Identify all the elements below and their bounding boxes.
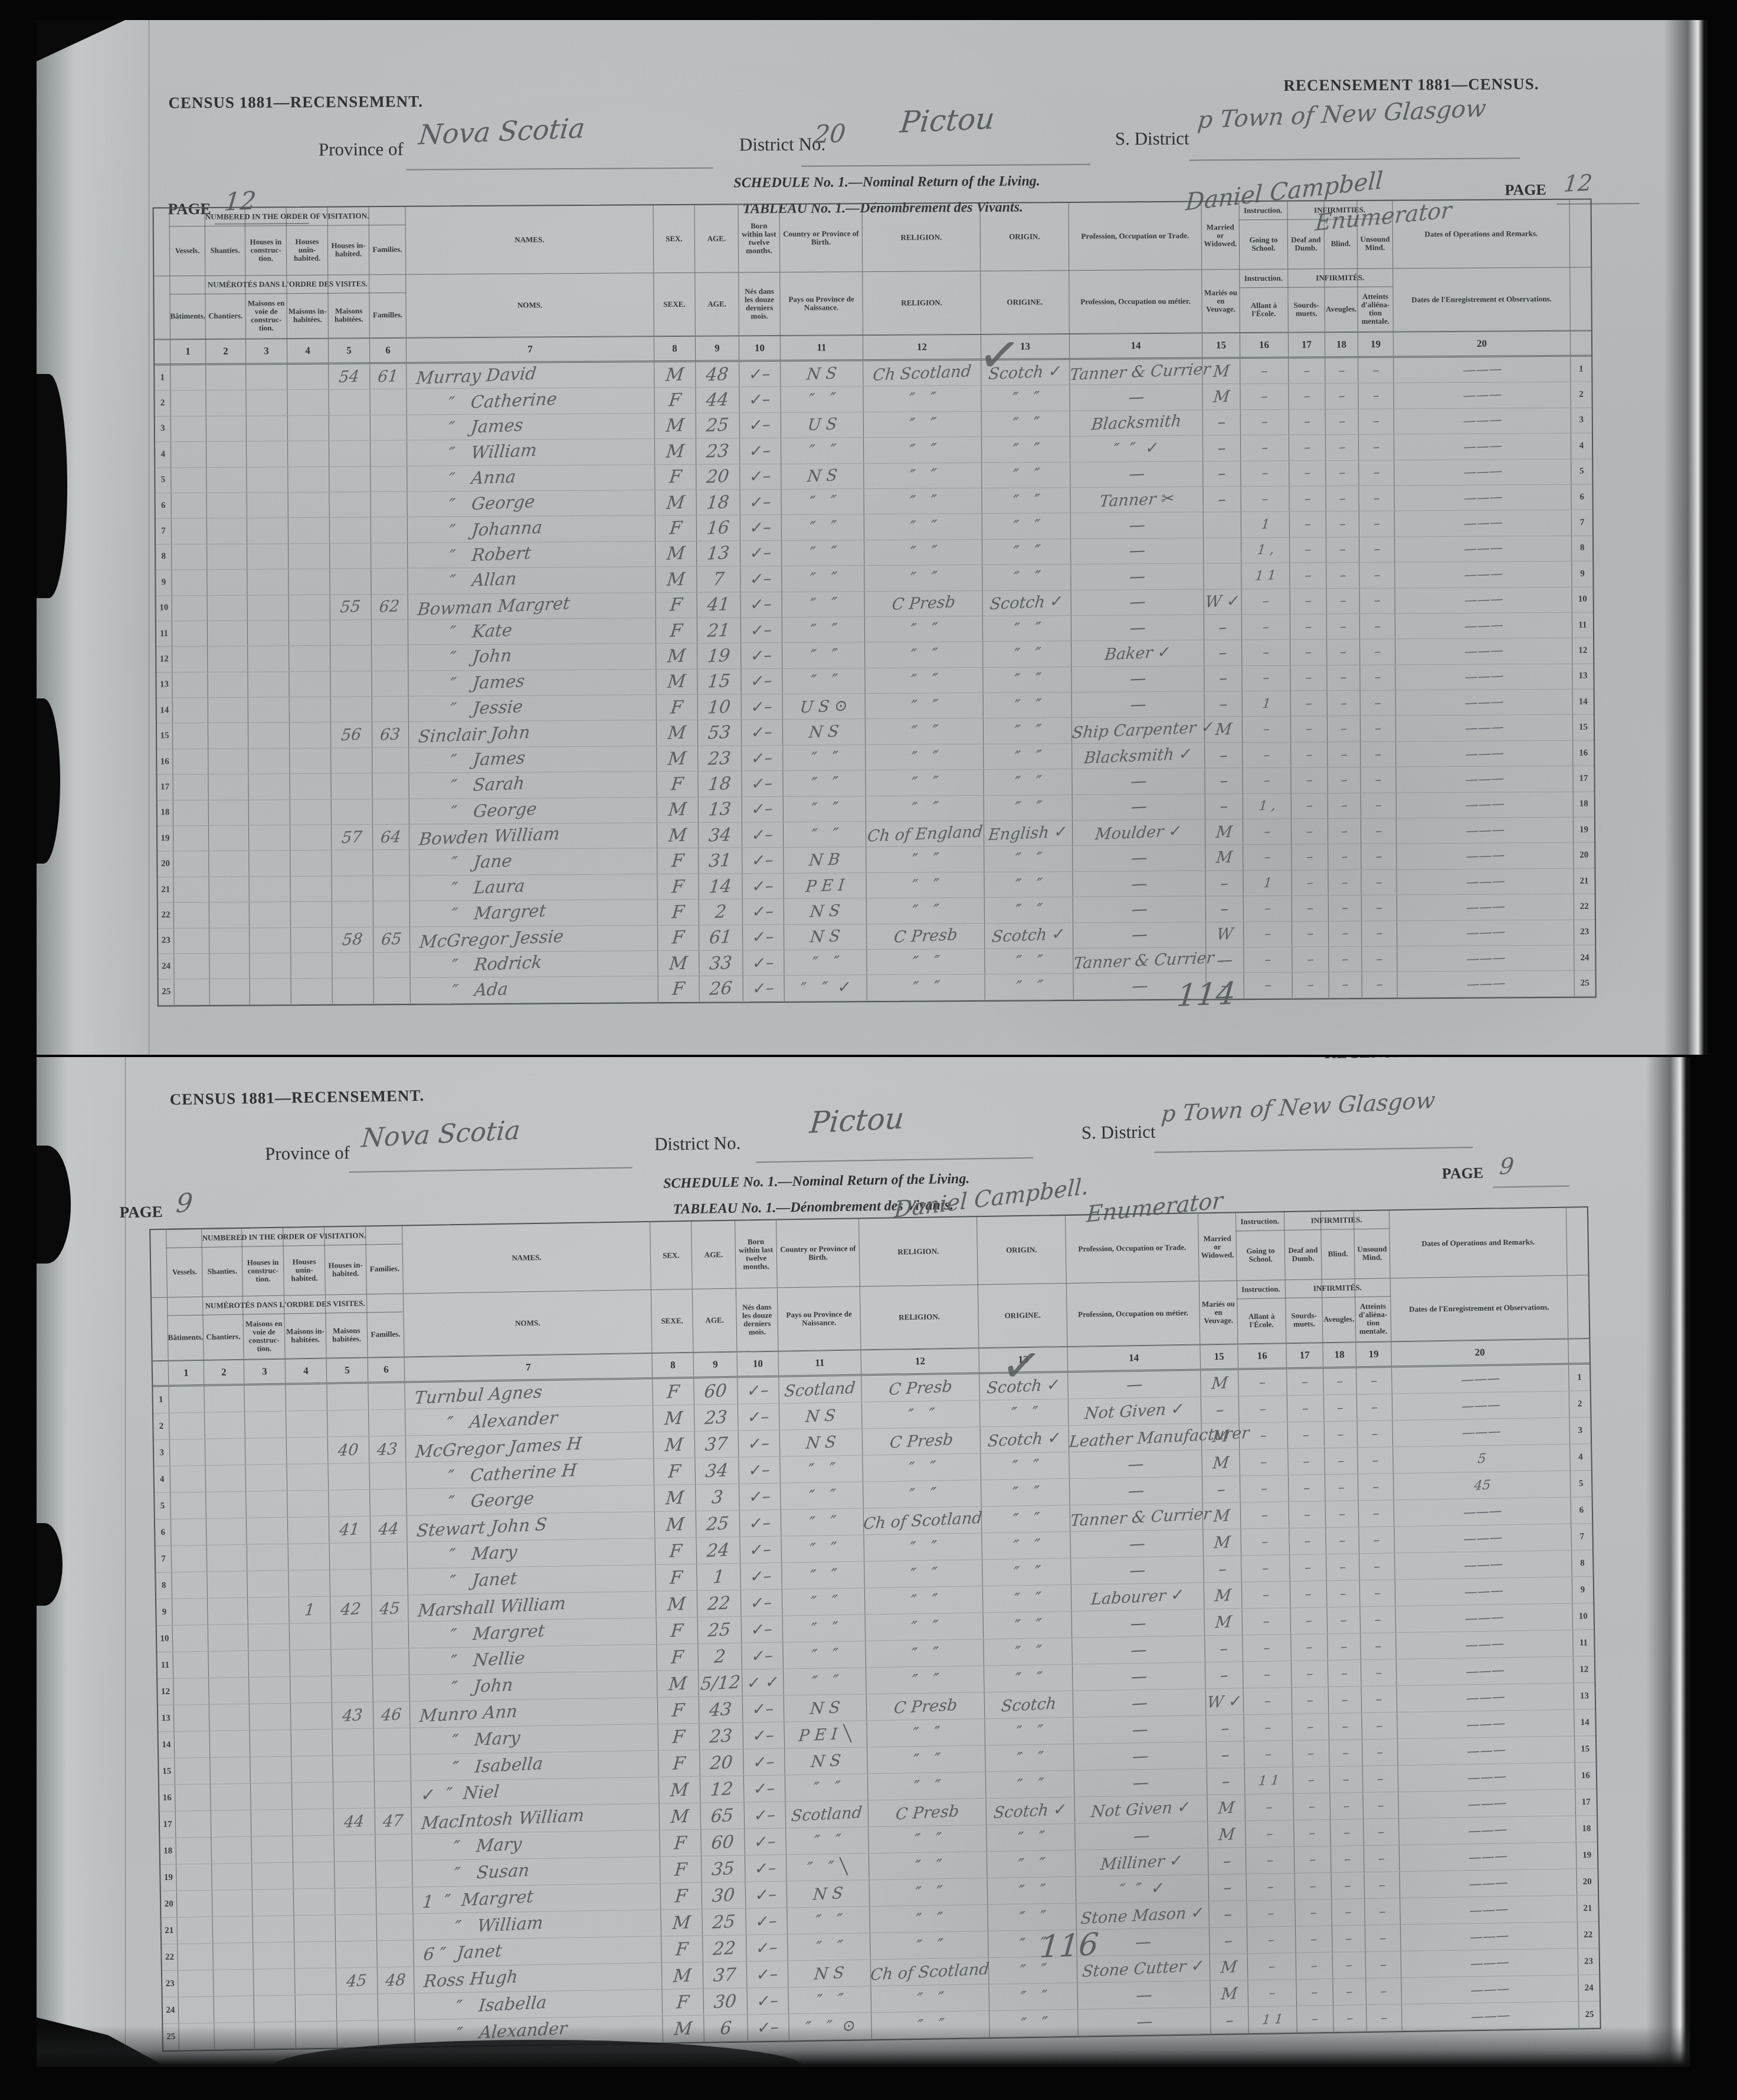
handwritten-entry: ——— — [1464, 1610, 1504, 1626]
cell-school: – — [1240, 359, 1288, 384]
handwritten-entry: ″ ″ — [910, 722, 939, 741]
handwritten-entry: ——— — [1464, 746, 1505, 762]
handwritten-entry: F — [666, 1381, 680, 1402]
cell-profession: — — [1073, 897, 1205, 923]
cell-families — [375, 1861, 412, 1887]
handwritten-entry: – — [1262, 1587, 1270, 1603]
col-label-deaf-fr: Sourds-muets. — [1286, 1310, 1322, 1330]
handwritten-entry: – — [1261, 466, 1269, 481]
cell-remarks: ——— — [1395, 1577, 1572, 1606]
cell-deaf: – — [1293, 1767, 1330, 1793]
cell-remarks: ——— — [1395, 715, 1572, 741]
cell-families: 61 — [369, 364, 406, 389]
handwritten-entry: ——— — [1469, 1928, 1509, 1945]
col-header-remarks: Dates of Operations and Remarks. — [1392, 200, 1570, 268]
cell-houses-uninhabited — [288, 518, 329, 543]
col-header-married: Mariés ou en Veuvage. — [1199, 1281, 1238, 1344]
page-no-left: 9 — [175, 1188, 194, 1219]
handwritten-entry: ——— — [1463, 643, 1503, 659]
cell-houses-inhabited — [329, 569, 371, 594]
cell-sex: F — [653, 1458, 695, 1485]
cell-deaf: – — [1287, 1395, 1324, 1422]
row-number-left: 5 — [155, 1493, 171, 1519]
handwritten-entry: ″ ″ — [1012, 1589, 1041, 1609]
handwritten-entry: – — [1220, 1719, 1230, 1738]
handwritten-entry: ——— — [1467, 1796, 1507, 1812]
handwritten-entry: ″ ″ ✓ — [1119, 1878, 1166, 1899]
cell-remarks: ——— — [1396, 869, 1573, 895]
cell-houses-construction — [252, 1916, 294, 1942]
handwritten-entry: — — [1130, 1667, 1148, 1686]
cell-houses-construction — [254, 1996, 296, 2022]
cell-houses-construction — [251, 1836, 293, 1863]
handwritten-entry: ″ Susan — [412, 1860, 530, 1886]
handwritten-entry: — — [1127, 1481, 1145, 1501]
row-number-right: 14 — [1572, 690, 1594, 715]
cell-vessels — [168, 1386, 204, 1413]
cell-married: – — [1205, 1715, 1244, 1741]
cell-school: – — [1242, 1635, 1291, 1661]
handwritten-entry: Blacksmith ✓ — [1083, 744, 1194, 767]
handwritten-entry: ✓– — [752, 953, 775, 973]
cell-names: ″ Margret — [409, 900, 657, 926]
col-label-unsound-mind-en: Unsound Mind. — [1358, 234, 1392, 253]
handwritten-entry: F — [674, 1859, 688, 1880]
cell-profession: Not Given ✓ — [1074, 1795, 1207, 1823]
row-number-right: 21 — [1573, 868, 1594, 894]
cell-blind: – — [1323, 1368, 1356, 1394]
row-number-right: 20 — [1573, 843, 1594, 868]
cell-married: W ✓ — [1205, 1688, 1244, 1715]
cell-school: – — [1241, 1608, 1290, 1635]
handwritten-entry: 63 — [379, 725, 401, 744]
cell-remarks: ——— — [1394, 1524, 1571, 1553]
cell-age: 25 — [696, 1511, 740, 1537]
handwritten-entry: ″ Sarah — [408, 773, 526, 798]
handwritten-entry: — — [1129, 695, 1147, 714]
cell-families — [369, 1463, 406, 1489]
cell-names: ″ Jane — [409, 849, 657, 875]
cell-origin: ″ ″ — [982, 513, 1070, 539]
handwritten-entry: ″ ″ — [1014, 772, 1043, 792]
cell-unsound-mind: – — [1361, 1712, 1397, 1739]
cell-families — [373, 901, 409, 927]
cell-birthplace: N S — [780, 361, 863, 386]
cell-age: 2 — [699, 900, 742, 925]
cell-profession: — — [1071, 615, 1204, 641]
cell-age: 44 — [695, 388, 739, 413]
handwritten-entry: – — [1306, 875, 1313, 891]
cell-houses-inhabited — [327, 1410, 369, 1437]
cell-vessels — [171, 570, 207, 595]
cell-vessels — [178, 1997, 214, 2023]
cell-vessels — [170, 1492, 206, 1519]
cell-age: 23 — [697, 746, 741, 771]
cell-vessels — [172, 647, 207, 672]
handwritten-entry: – — [1260, 1428, 1267, 1443]
cell-born-last-year: ✓– — [740, 618, 782, 643]
handwritten-entry: ″ Margret — [409, 901, 547, 927]
cell-unsound-mind: – — [1359, 1580, 1395, 1606]
handwritten-entry: N S — [806, 364, 838, 383]
cell-houses-construction — [249, 928, 290, 953]
cell-profession: Stone Mason ✓ — [1076, 1901, 1209, 1930]
cell-birthplace: N B — [783, 847, 866, 872]
cell-shanties — [211, 1863, 252, 1890]
handwritten-entry: ——— — [1469, 1902, 1509, 1918]
cell-blind: – — [1330, 1846, 1364, 1872]
cell-birthplace: ″ ″ — [781, 540, 864, 566]
row-number-left: 15 — [159, 1758, 175, 1784]
col-label-age-en: AGE. — [703, 1249, 725, 1261]
cell-unsound-mind: – — [1361, 1659, 1397, 1686]
cell-sex: M — [655, 542, 696, 567]
cell-deaf: – — [1293, 1820, 1330, 1846]
cell-families — [372, 773, 408, 799]
cell-shanties — [207, 1598, 248, 1625]
row-number-left: 17 — [160, 1812, 176, 1837]
cell-age: 33 — [699, 950, 742, 976]
col-number-text: 2 — [221, 1366, 227, 1378]
cell-names: ″ Isabella — [410, 1751, 658, 1781]
row-number-right: 5 — [1571, 459, 1592, 484]
col-header-age: AGE. — [692, 1289, 737, 1352]
col-label-names-en: NAMES. — [510, 1252, 542, 1264]
col-number-families: 6 — [369, 339, 406, 362]
cell-age: 19 — [697, 644, 740, 669]
cell-blind: – — [1326, 537, 1359, 563]
cell-origin: ″ ″ — [987, 1877, 1076, 1904]
row-number-left: 16 — [157, 749, 172, 775]
cell-houses-construction — [247, 672, 289, 697]
cell-profession: — — [1071, 666, 1204, 692]
col-label-profession-fr: Profession, Occupation ou métier. — [1077, 1308, 1189, 1320]
cell-vessels — [175, 1811, 211, 1837]
province-label: Province of — [265, 1142, 350, 1164]
handwritten-entry: — — [1128, 542, 1146, 560]
cell-houses-uninhabited — [291, 1783, 333, 1809]
cell-houses-uninhabited — [290, 927, 332, 953]
handwritten-entry: 25 — [712, 1911, 736, 1933]
handwritten-entry: Ross Hugh — [414, 1967, 519, 1992]
handwritten-entry: ✓– — [751, 825, 774, 845]
cell-school: – — [1239, 1449, 1288, 1475]
cell-age: 22 — [702, 1935, 746, 1962]
handwritten-entry: ✓– — [748, 390, 771, 409]
cell-remarks: ——— — [1398, 1763, 1575, 1792]
row-number-left: 13 — [156, 672, 172, 698]
handwritten-entry: – — [1377, 1771, 1384, 1787]
cell-blind: – — [1325, 383, 1358, 409]
handwritten-entry: ″ ″ — [1017, 1881, 1046, 1901]
cell-age: 20 — [699, 1750, 743, 1776]
handwritten-entry: ——— — [1462, 362, 1502, 378]
cell-born-last-year: ✓– — [737, 1377, 779, 1404]
cell-remarks: ——— — [1394, 536, 1571, 562]
cell-birthplace: N S — [782, 720, 865, 745]
row-number-right: 24 — [1578, 1975, 1600, 2001]
handwritten-entry: – — [1374, 1586, 1381, 1601]
handwritten-entry: ″ ″ — [1014, 875, 1043, 894]
cell-houses-construction — [245, 365, 287, 390]
handwritten-entry: ″ ″ — [1011, 1509, 1040, 1529]
handwritten-entry: – — [1259, 1402, 1267, 1417]
col-label-married-en: Married or Widowed. — [1198, 1233, 1236, 1261]
handwritten-entry: ″ ″ — [1013, 1615, 1042, 1635]
cell-origin: ″ ″ — [983, 718, 1071, 743]
cell-vessels — [176, 1917, 212, 1944]
cell-houses-construction — [248, 1651, 290, 1677]
cell-deaf: – — [1291, 819, 1328, 844]
cell-houses-inhabited: 54 — [328, 364, 369, 389]
col-number-text: 1 — [185, 346, 191, 357]
cell-religion: ″ ″ — [869, 1878, 988, 1906]
cell-age: 60 — [700, 1829, 745, 1856]
handwritten-entry: ✓ ″ Niel — [411, 1781, 500, 1806]
cell-birthplace: ″ ″ — [781, 566, 864, 591]
cell-shanties — [207, 570, 247, 595]
cell-shanties — [205, 1465, 245, 1492]
handwritten-entry: ✓– — [748, 1461, 771, 1480]
handwritten-entry: F — [674, 1885, 689, 1907]
cell-houses-construction — [247, 595, 289, 621]
col-header-born-last-year: Born within last twelve months. — [738, 205, 780, 272]
cell-school: – — [1239, 1422, 1288, 1449]
handwritten-entry: F — [668, 1540, 683, 1561]
cell-vessels — [172, 621, 207, 647]
cell-unsound-mind: – — [1365, 1925, 1401, 1951]
cell-houses-uninhabited — [288, 569, 329, 595]
col-header-profession: Profession, Occupation or Trade. — [1069, 202, 1202, 270]
cell-houses-inhabited — [332, 979, 373, 1004]
cell-deaf: – — [1290, 691, 1327, 716]
cell-origin: ″ ″ — [985, 1744, 1074, 1771]
cell-born-last-year: ✓– — [743, 976, 784, 1001]
handwritten-entry: 5/12 — [700, 1672, 741, 1695]
handwritten-entry: – — [1378, 1851, 1385, 1866]
cell-vessels — [175, 1784, 211, 1811]
handwritten-entry: ″ ″ — [912, 1750, 941, 1770]
cell-born-last-year: ✓– — [742, 822, 783, 848]
handwritten-entry: – — [1374, 747, 1382, 762]
cell-names: ″ Mary — [407, 1538, 656, 1569]
handwritten-entry: ——— — [1464, 1636, 1505, 1653]
row-number-right: 4 — [1569, 1444, 1591, 1471]
handwritten-entry: – — [1306, 901, 1314, 916]
cell-vessels — [172, 749, 208, 775]
handwritten-entry: ✓– — [754, 1859, 777, 1878]
cell-profession: — — [1072, 794, 1205, 820]
handwritten-entry: — — [1128, 516, 1146, 535]
cell-houses-uninhabited — [289, 774, 330, 799]
handwritten-entry: ——— — [1463, 541, 1503, 557]
handwritten-entry: – — [1264, 901, 1271, 917]
cell-blind: – — [1326, 563, 1359, 588]
cell-profession: — — [1072, 845, 1205, 871]
cell-deaf: – — [1292, 973, 1329, 998]
handwritten-entry: – — [1338, 389, 1345, 404]
row-number-left: 22 — [162, 1944, 178, 1970]
cell-houses-construction — [248, 851, 290, 876]
row-number-left: 18 — [160, 1838, 176, 1864]
handwritten-entry: – — [1306, 926, 1314, 941]
handwritten-entry: – — [1378, 1904, 1386, 1919]
row-number-right: 16 — [1572, 740, 1594, 766]
col-label-houses-uninhabited-en: Houses unin-habited. — [287, 237, 327, 264]
handwritten-entry: ″ ″ ✓ — [799, 978, 852, 999]
col-header-religion: RELIGION. — [862, 271, 981, 334]
handwritten-entry: ″ ″ — [807, 1459, 836, 1479]
cell-names: Munro Ann — [409, 1698, 658, 1728]
cell-families — [371, 645, 408, 671]
cell-deaf: – — [1292, 947, 1328, 972]
cell-born-last-year: ✓– — [739, 1537, 781, 1563]
cell-houses-uninhabited — [288, 493, 329, 518]
cell-unsound-mind: – — [1361, 1686, 1397, 1712]
handwritten-entry: N S — [812, 1884, 844, 1904]
cell-vessels — [174, 1731, 210, 1758]
cell-religion: ″ ″ — [864, 540, 982, 566]
row-number-left: 7 — [156, 1546, 172, 1572]
handwritten-entry: ″ ″ — [810, 1645, 839, 1665]
handwritten-entry: ″ Mary — [407, 1541, 518, 1567]
handwritten-entry: ″ William — [407, 440, 538, 465]
pencil-check-religion-col: ✓ — [975, 323, 1025, 388]
handwritten-entry: Scotland — [784, 1379, 857, 1400]
handwritten-entry: ″ ″ — [908, 389, 937, 409]
cell-religion: ″ ″ — [864, 668, 982, 694]
cell-sex: M — [656, 720, 697, 746]
page-edge-right — [1646, 1057, 1690, 2067]
col-header-religion: RELIGION. — [862, 204, 981, 271]
col-label-houses-inhabited-en: Houses in-habited. — [328, 240, 369, 259]
cell-deaf: – — [1288, 358, 1325, 383]
cell-families — [369, 1489, 407, 1516]
cell-religion: C Presb — [866, 1692, 985, 1720]
cell-deaf: – — [1290, 665, 1326, 691]
cell-blind: – — [1329, 1740, 1362, 1766]
cell-age: 43 — [699, 1697, 743, 1723]
handwritten-entry: F — [676, 1991, 690, 2013]
handwritten-entry: ✓– — [749, 467, 772, 487]
handwritten-entry: 57 — [341, 828, 363, 847]
cell-blind: – — [1328, 1713, 1362, 1740]
handwritten-entry: – — [1304, 1560, 1312, 1576]
col-header-remarks: Dates de l'Enregistrement et Observation… — [1392, 268, 1570, 332]
col-number-text: 10 — [753, 1358, 763, 1370]
cell-married: M — [1210, 1980, 1248, 2007]
cell-remarks: ——— — [1391, 1365, 1569, 1394]
handwritten-entry: – — [1303, 363, 1310, 379]
handwritten-entry: ″ John — [409, 1675, 514, 1700]
cell-remarks: ——— — [1398, 1816, 1576, 1845]
cell-remarks: ——— — [1397, 920, 1574, 946]
cell-deaf: – — [1289, 512, 1326, 537]
row-number-right: 23 — [1578, 1948, 1600, 1975]
handwritten-entry: – — [1308, 1799, 1316, 1814]
handwritten-entry: – — [1267, 1932, 1275, 1948]
cell-vessels — [173, 800, 208, 826]
col-label-vessels-fr: Bâtiments. — [169, 311, 207, 321]
cell-sex: F — [661, 1936, 703, 1963]
cell-houses-construction — [250, 1757, 291, 1783]
cell-remarks: 45 — [1393, 1471, 1571, 1500]
col-label-blind-fr: Aveugles. — [1322, 1314, 1355, 1325]
handwritten-entry: ✓– — [750, 672, 773, 691]
handwritten-entry: – — [1372, 1506, 1380, 1521]
cell-sex: F — [661, 1989, 703, 2016]
handwritten-entry: – — [1341, 1666, 1348, 1681]
handwritten-entry: M — [1215, 848, 1233, 867]
cell-houses-construction — [247, 621, 289, 646]
handwritten-entry: ——— — [1464, 797, 1505, 813]
handwritten-entry: ″ ″ — [810, 1672, 839, 1692]
cell-profession: — — [1071, 589, 1204, 615]
cell-blind: – — [1332, 1978, 1366, 2005]
col-header-profession: Profession, Occupation ou métier. — [1066, 1281, 1200, 1346]
cell-blind: – — [1326, 1580, 1360, 1607]
cell-remarks: ——— — [1401, 1948, 1578, 1977]
cell-origin: ″ ″ — [985, 974, 1073, 999]
cell-deaf: – — [1290, 1607, 1327, 1634]
cell-remarks: ——— — [1395, 690, 1572, 716]
cell-born-last-year: ✓– — [742, 899, 784, 924]
cell-names: Stewart John S — [407, 1512, 655, 1542]
row-number-right: 20 — [1576, 1869, 1598, 1895]
handwritten-entry: – — [1375, 977, 1383, 993]
cell-unsound-mind: – — [1364, 1845, 1400, 1872]
cell-unsound-mind: – — [1364, 1898, 1400, 1925]
cell-school: – — [1241, 1581, 1290, 1608]
cell-birthplace: ″ ″ — [781, 438, 863, 463]
cell-shanties — [207, 493, 247, 518]
cell-families — [376, 1887, 413, 1914]
cell-houses-uninhabited — [287, 441, 329, 467]
cell-born-last-year: ✓– — [740, 566, 781, 592]
handwritten-entry: ″ ″ — [910, 1643, 939, 1663]
cell-houses-construction — [247, 1544, 289, 1571]
row-number-right: 3 — [1571, 408, 1592, 433]
cell-houses-construction — [249, 1730, 291, 1757]
handwritten-entry: N S — [809, 901, 841, 921]
cell-married: – — [1205, 871, 1243, 896]
handwritten-entry: 37 — [713, 1964, 737, 1986]
handwritten-entry: – — [1342, 1719, 1349, 1734]
handwritten-entry: M — [1212, 1507, 1230, 1526]
cell-religion: C Presb — [861, 1374, 979, 1402]
cell-shanties — [206, 416, 246, 441]
cell-origin: ″ ″ — [984, 1665, 1073, 1692]
cell-born-last-year: ✓– — [739, 413, 781, 438]
cell-married: M — [1202, 1502, 1241, 1529]
group-header-visitation-fr: NUMÉROTÉS DANS L'ORDRE DES VISITES. — [167, 1294, 403, 1316]
group-header-visitation-en: NUMBERED IN THE ORDER OF VISITATION. — [166, 1226, 402, 1248]
handwritten-entry: – — [1374, 772, 1382, 787]
handwritten-entry: 22 — [707, 1593, 731, 1615]
cell-remarks: ——— — [1392, 1418, 1569, 1447]
cell-married: – — [1205, 794, 1243, 819]
cell-families: 65 — [373, 927, 409, 952]
cell-vessels — [172, 775, 208, 800]
handwritten-entry: M — [1211, 1374, 1228, 1393]
census-table: Vessels.Shanties.Houses in construc-tion… — [153, 199, 1597, 1007]
handwritten-entry: ″ ″ — [808, 518, 837, 537]
handwritten-entry: – — [1337, 1453, 1345, 1469]
cell-houses-uninhabited — [290, 953, 332, 979]
handwritten-entry: M — [667, 825, 687, 846]
sdistrict-line — [1189, 157, 1520, 160]
cell-school: – — [1243, 845, 1291, 870]
